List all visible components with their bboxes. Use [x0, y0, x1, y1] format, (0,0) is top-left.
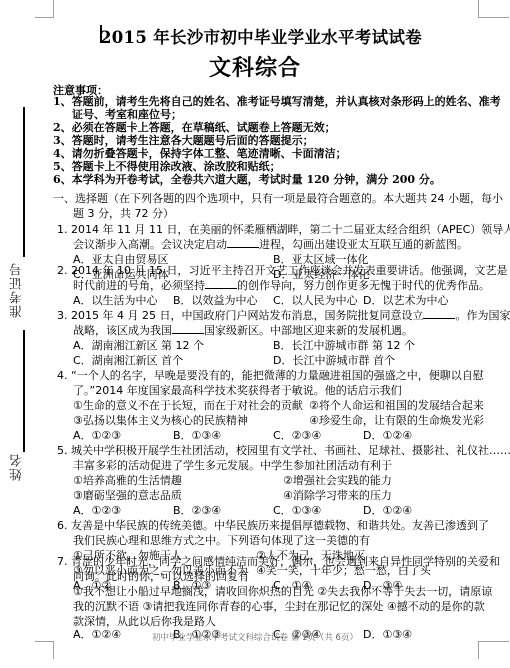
option-d: D．①②④: [363, 502, 412, 518]
question-7: 7. 青涩的少年时光，同学之间感情纯洁而美好，偶尔，也会遇到来自异性同学特别的关…: [57, 553, 500, 569]
question-number: 1.: [57, 223, 68, 236]
statement-3: ③弘扬以集体主义为核心的民族精神: [73, 412, 248, 428]
question-3-stem-cont: 战略，该区成为我国国家级新区。中部地区迎来新的发展机遇。: [73, 322, 413, 338]
notice-item-6: 6、本学科为开卷考试，全卷共六道大题，考试时量 120 分钟，满分 200 分。: [53, 173, 441, 186]
question-1: 1. 2014 年 11 月 11 日，在美丽的怀柔雁栖湖畔，第二十二届亚太经合…: [57, 221, 510, 237]
notice-item-1: 1、答题前，请考生先将自己的姓名、准考证号填写清楚，并认真核对条形码上的姓名、准…: [53, 95, 501, 108]
name-label: 姓名: [8, 453, 27, 481]
question-stem: “一个人的名字，早晚是要没有的，能把微薄的力量融进祖国的强盛之中，便聊以自慰: [71, 369, 484, 382]
question-stem-part: 时代前进的号角，必须坚持: [73, 279, 205, 292]
crop-mark-top-right: [478, 0, 509, 18]
margin-line-top: [23, 107, 25, 257]
notice-item-5: 5、答题卡上不得使用涂改液、涂改胶和贴纸；: [53, 160, 281, 173]
question-stem-part: 进程，勾画出建设亚太互联互通的新蓝图。: [259, 238, 468, 251]
document-subtitle[interactable]: 文科综合: [0, 51, 510, 82]
notice-item-3: 3、答题时，请考生注意各大题题号后面的答题提示；: [53, 134, 314, 147]
question-5-stem-cont: 丰富多彩的活动促进了学生多元发展。中学生参加社团活动有利于: [73, 457, 392, 473]
question-number: 5.: [57, 444, 68, 457]
option-c: C．湖南湘江新区 首个: [73, 352, 183, 368]
margin-line-bottom: [23, 330, 25, 452]
notice-item-1-cont-text: 证号、考室和座位号；: [53, 108, 182, 121]
question-stem: 2014 年 11 月 11 日，在美丽的怀柔雁栖湖畔，第二十二届亚太经合组织（…: [71, 223, 510, 236]
statement-line-1: ①我不想让小船过早地搁浅，请收回你炽热的目光 ②失去我你不等于失去一切，请原谅: [73, 583, 492, 599]
question-stem-part: 的创作导向，努力创作更多无愧于时代的优秀作品。: [237, 279, 490, 292]
statement-2: ②将个人命运和祖国的发展结合起来: [309, 397, 484, 413]
statement-1: ①生命的意义不在于长短，而在于对社会的贡献: [73, 397, 303, 413]
option-b: B．①③④: [173, 427, 221, 443]
statement-2: ②增强社会实践的能力: [283, 472, 392, 488]
page-footer: 初中毕业学业水平考试文科综合试卷 第 1页（共 6页）: [0, 631, 510, 643]
section-heading: 一、选择题（在下列各题的四个选项中，只有一项是最符合题意的。本大题共 24 小题…: [53, 190, 503, 206]
exam-id-label: 准考证号: [8, 262, 27, 318]
question-stem: 城关中学积极开展学生社团活动，校园里有文学社、书画社、足球社、摄影社、礼仪社……: [71, 444, 510, 457]
option-c: C．②③④: [273, 427, 321, 443]
option-b: B．长江中游城市群 第 12 个: [273, 337, 415, 353]
notice-item-4: 4、请勿折叠答题卡，保持字体工整、笔迹清晰、卡面清洁；: [53, 147, 347, 160]
crop-mark-bottom-left: [35, 641, 54, 659]
question-stem: 青涩的少年时光，同学之间感情纯洁而美好，偶尔，也会遇到来自异性同学特别的关爱和: [71, 555, 500, 568]
option-d: D．长江中游城市群 首个: [273, 352, 395, 368]
answer-blank: [227, 237, 259, 248]
question-stem: 2014 年 10 月 15 日，习近平主持召开文艺工作座谈会并发表重要讲话。他…: [71, 264, 507, 277]
question-number: 6.: [57, 519, 68, 532]
statement-1: ①培养高雅的生活情趣: [73, 472, 182, 488]
question-number: 2.: [57, 264, 68, 277]
question-stem-part: 战略，该区成为我国: [73, 324, 172, 337]
statement-4: ④珍爱生命，让有限的生命焕发光彩: [309, 412, 484, 428]
document-title[interactable]: 2015 年长沙市初中毕业学业水平考试试卷: [100, 24, 440, 48]
question-6-stem-cont: 我们民族心理和思维方式之中。下列语句体现了这一美德的有: [73, 532, 370, 548]
statement-4: ④消除学习带来的压力: [283, 487, 392, 503]
section-heading-cont: 题 3 分，共 72 分）: [73, 205, 174, 221]
question-number: 3.: [57, 309, 68, 322]
option-d: D．以艺术为中心: [363, 292, 448, 308]
question-1-stem-cont: 会议渐步入高潮。会议决定启动进程，勾画出建设亚太互联互通的新蓝图。: [73, 236, 468, 252]
question-stem-part: 国家级新区。中部地区迎来新的发展机遇。: [204, 324, 413, 337]
question-stem-part: 。作为国家: [455, 309, 510, 322]
question-2-stem-cont: 时代前进的号角，必须坚持的创作导向，努力创作更多无愧于时代的优秀作品。: [73, 277, 490, 293]
option-b: B．以效益为中心: [173, 292, 258, 308]
option-c: C．以人民为中心: [273, 292, 358, 308]
statement-line-2: 我的沉默不语 ③请把我连同你青春的心事，尘封在那记忆的深处 ④撼不动的是你的款: [73, 598, 485, 614]
option-a: A．湖南湘江新区 第 12 个: [73, 337, 204, 353]
option-c: C．①③④: [273, 502, 321, 518]
question-stem: 2015 年 4 月 25 日，中国政府门户网站发布消息，国务院批复同意设立: [71, 309, 423, 322]
answer-blank: [172, 323, 204, 334]
option-a: A．以生活为中心: [73, 292, 158, 308]
option-d: D．①②④: [363, 427, 412, 443]
question-number: 4.: [57, 369, 68, 382]
crop-mark-top-left: [35, 0, 54, 18]
question-4: 4. “一个人的名字，早晚是要没有的，能把微薄的力量融进祖国的强盛之中，便聊以自…: [57, 367, 484, 383]
crop-mark-bottom-right: [478, 641, 509, 659]
question-4-stem-cont: 了。”2014 年度国家最高科学技术奖获得者于敏说。他的话启示我们: [73, 382, 402, 398]
question-stem: 友善是中华民族的传统美德。中华民族历来提倡厚德载物、和谐共处。友善已渗透到了: [71, 519, 489, 532]
answer-blank: [205, 278, 237, 289]
question-5: 5. 城关中学积极开展学生社团活动，校园里有文学社、书画社、足球社、摄影社、礼仪…: [57, 442, 510, 458]
option-b: B．②③④: [173, 502, 221, 518]
question-stem-part: 会议渐步入高潮。会议决定启动: [73, 238, 227, 251]
exam-page: 准考证号 姓名 2015 年长沙市初中毕业学业水平考试试卷 文科综合 注意事项：…: [0, 0, 510, 668]
option-a: A．①②③: [73, 427, 121, 443]
option-a: A．①②③: [73, 502, 121, 518]
question-2: 2. 2014 年 10 月 15 日，习近平主持召开文艺工作座谈会并发表重要讲…: [57, 262, 507, 278]
notice-item-1-cont: 证号、考室和座位号；: [53, 108, 182, 121]
statement-3: ③磨砺坚强的意志品质: [73, 487, 182, 503]
notice-item-2: 2、必须在答题卡上答题，在草稿纸、试题卷上答题无效；: [53, 121, 336, 134]
answer-blank: [423, 308, 455, 319]
question-6: 6. 友善是中华民族的传统美德。中华民族历来提倡厚德载物、和谐共处。友善已渗透到…: [57, 517, 489, 533]
question-3: 3. 2015 年 4 月 25 日，中国政府门户网站发布消息，国务院批复同意设…: [57, 307, 510, 323]
question-number: 7.: [57, 555, 68, 568]
question-7-stem-cont: 问询。此时的你，可以选择的回复有: [73, 568, 249, 584]
